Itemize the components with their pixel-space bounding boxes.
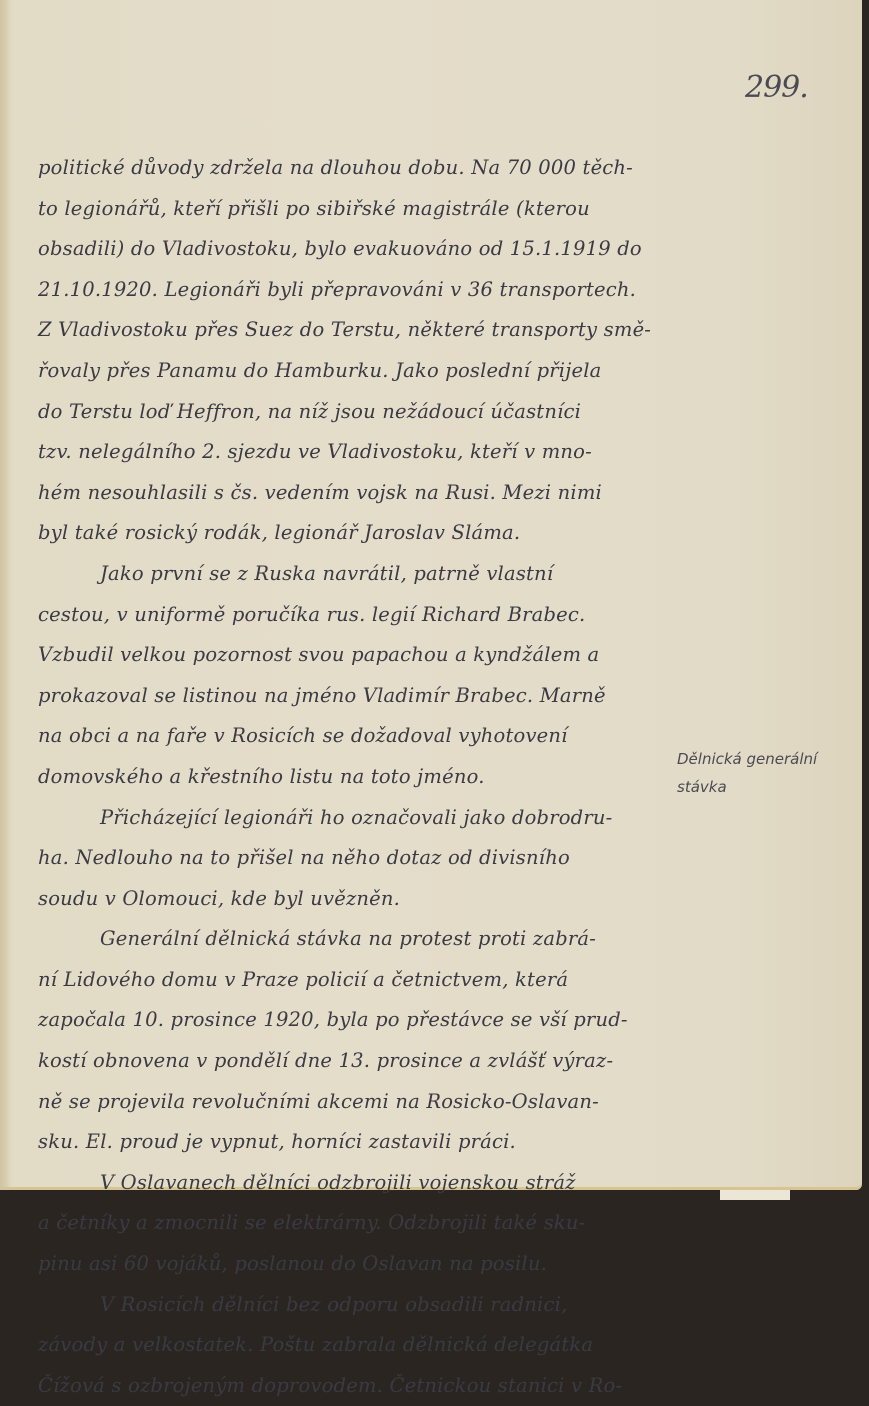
page-tab-edge	[720, 1190, 790, 1200]
text-line: hém nesouhlasili s čs. vedením vojsk na …	[38, 473, 688, 514]
paragraph-start-line: V Oslavanech dělníci odzbrojili vojensko…	[38, 1163, 688, 1200]
text-line: do Terstu loď Heffron, na níž jsou nežád…	[38, 392, 688, 433]
handwritten-body-text: politické důvody zdržela na dlouhou dobu…	[38, 148, 688, 1200]
paragraph-start-line: Jako první se z Ruska navrátil, patrně v…	[38, 554, 688, 595]
text-line: politické důvody zdržela na dlouhou dobu…	[38, 148, 688, 189]
text-line: sku. El. proud je vypnut, horníci zastav…	[38, 1122, 688, 1163]
text-line: soudu v Olomouci, kde byl uvězněn.	[38, 879, 688, 920]
text-line: byl také rosický rodák, legionář Jarosla…	[38, 513, 688, 554]
text-line: ha. Nedlouho na to přišel na něho dotaz …	[38, 838, 688, 879]
text-line: prokazoval se listinou na jméno Vladimír…	[38, 676, 688, 717]
text-line: to legionářů, kteří přišli po sibiřské m…	[38, 189, 688, 230]
page-number: 299.	[745, 70, 808, 105]
text-line: řovaly přes Panamu do Hamburku. Jako pos…	[38, 351, 688, 392]
text-line: Vzbudil velkou pozornost svou papachou a…	[38, 635, 688, 676]
text-line: ní Lidového domu v Praze policií a četni…	[38, 960, 688, 1001]
paragraph-start-line: Přicházející legionáři ho označovali jak…	[38, 798, 688, 839]
text-line: ně se projevila revolučními akcemi na Ro…	[38, 1082, 688, 1123]
margin-note: Dělnická generální stávka	[677, 745, 867, 801]
text-line: domovského a křestního listu na toto jmé…	[38, 757, 688, 798]
text-line: obsadili) do Vladivostoku, bylo evakuová…	[38, 229, 688, 270]
margin-note-line: Dělnická generální	[677, 745, 867, 773]
text-line: na obci a na faře v Rosicích se dožadova…	[38, 716, 688, 757]
text-line: 21.10.1920. Legionáři byli přepravováni …	[38, 270, 688, 311]
text-line: cestou, v uniformě poručíka rus. legií R…	[38, 595, 688, 636]
text-line: započala 10. prosince 1920, byla po přes…	[38, 1000, 688, 1041]
paragraph-start-line: Generální dělnická stávka na protest pro…	[38, 919, 688, 960]
page-binding-edge	[0, 0, 10, 1190]
text-line: tzv. nelegálního 2. sjezdu ve Vladivosto…	[38, 432, 688, 473]
text-line: kostí obnovena v pondělí dne 13. prosinc…	[38, 1041, 688, 1082]
text-line: Z Vladivostoku přes Suez do Terstu, někt…	[38, 310, 688, 351]
margin-note-line: stávka	[677, 773, 867, 801]
manuscript-page: 299. politické důvody zdržela na dlouhou…	[0, 0, 862, 1190]
